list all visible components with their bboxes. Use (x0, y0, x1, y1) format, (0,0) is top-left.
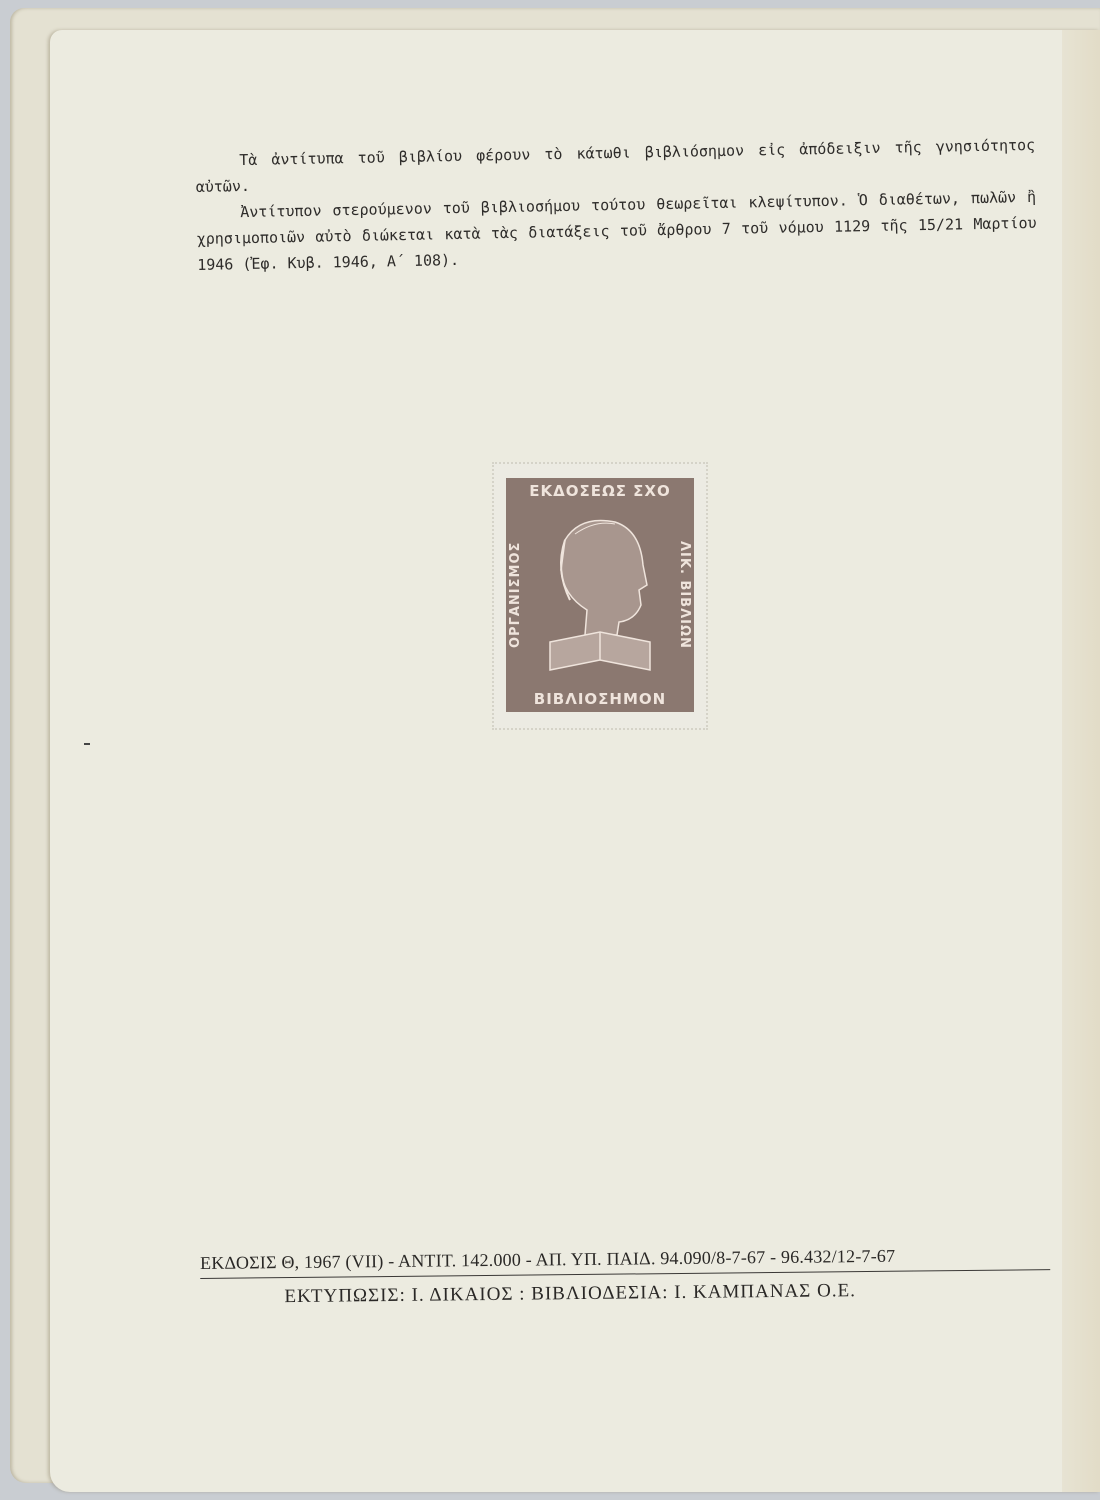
page-edge (1062, 30, 1100, 1492)
stamp-bottom-text: ΒΙΒΛΙΟΣΗΜΟΝ (534, 690, 666, 708)
stamp-design: ΕΚΔΟΣΕΩΣ ΣΧΟ ΒΙΒΛΙΟΣΗΜΟΝ ΟΡΓΑΝΙΣΜΟΣ ΛΙΚ.… (506, 478, 694, 712)
colophon: ΕΚΔΟΣΙΣ Θ, 1967 (VII) - ΑΝΤΙΤ. 142.000 -… (200, 1244, 1051, 1309)
stamp-right-text: ΛΙΚ. ΒΙΒΛΙΩΝ (672, 508, 692, 682)
stamp-top-text: ΕΚΔΟΣΕΩΣ ΣΧΟ (529, 482, 671, 500)
page-mark (84, 743, 90, 745)
copyright-notice: Τὰ ἀντίτυπα τοῦ βιβλίου φέρουν τὸ κάτωθι… (195, 132, 1037, 278)
book-stamp: ΕΚΔΟΣΕΩΣ ΣΧΟ ΒΙΒΛΙΟΣΗΜΟΝ ΟΡΓΑΝΙΣΜΟΣ ΛΙΚ.… (492, 462, 708, 730)
notice-paragraph-2: Ἀντίτυπον στερούμενον τοῦ βιβλιοσήμου το… (196, 184, 1037, 278)
athena-head-book-icon (535, 510, 665, 680)
stamp-left-text: ΟΡΓΑΝΙΣΜΟΣ (508, 508, 528, 682)
